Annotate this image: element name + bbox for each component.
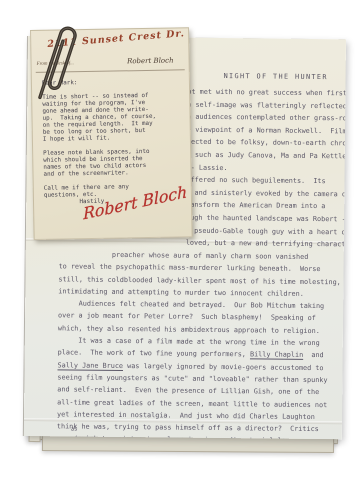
- essay-full-lines: preacher whose aura of manly charm soon …: [57, 248, 341, 439]
- photo-background: NIGHT OF THE HUNTER at met with no great…: [0, 0, 360, 480]
- document-title: NIGHT OF THE HUNTER: [224, 72, 328, 81]
- typed-insertion-word: as: [71, 426, 78, 432]
- essay-partial-lines: at met with no great success when firsta…: [186, 86, 346, 252]
- letterhead-name: Robert Bloch: [127, 56, 174, 65]
